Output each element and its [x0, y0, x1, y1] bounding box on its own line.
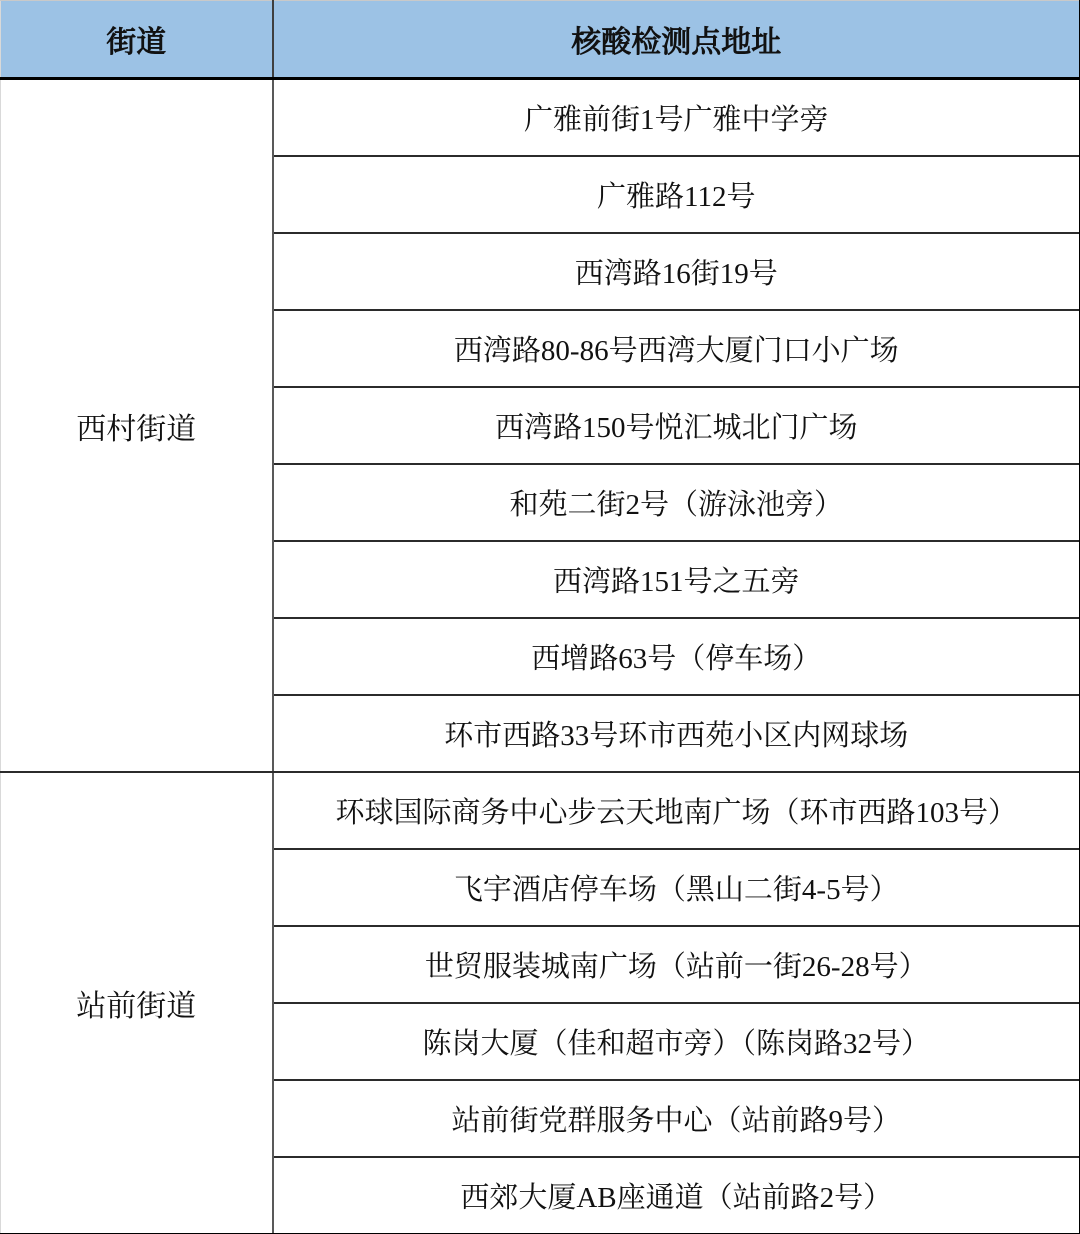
address-cell: 西湾路80-86号西湾大厦门口小广场 — [273, 310, 1080, 387]
street-group-label-xicun: 西村街道 — [1, 79, 273, 773]
street-group-label-zhanqian: 站前街道 — [1, 772, 273, 1234]
address-cell: 西增路63号（停车场） — [273, 618, 1080, 695]
address-cell: 站前街党群服务中心（站前路9号） — [273, 1080, 1080, 1157]
address-cell: 广雅前街1号广雅中学旁 — [273, 79, 1080, 157]
address-cell: 世贸服装城南广场（站前一街26-28号） — [273, 926, 1080, 1003]
address-cell: 环市西路33号环市西苑小区内网球场 — [273, 695, 1080, 772]
page: 街道 核酸检测点地址 西村街道 广雅前街1号广雅中学旁 广雅路112号 西湾路1… — [0, 0, 1080, 1234]
address-cell: 陈岗大厦（佳和超市旁）（陈岗路32号） — [273, 1003, 1080, 1080]
table-row: 西村街道 广雅前街1号广雅中学旁 — [1, 79, 1080, 157]
address-cell: 西湾路150号悦汇城北门广场 — [273, 387, 1080, 464]
address-cell: 西湾路151号之五旁 — [273, 541, 1080, 618]
testing-points-table: 街道 核酸检测点地址 西村街道 广雅前街1号广雅中学旁 广雅路112号 西湾路1… — [0, 0, 1080, 1234]
address-cell: 环球国际商务中心步云天地南广场（环市西路103号） — [273, 772, 1080, 849]
address-cell: 和苑二街2号（游泳池旁） — [273, 464, 1080, 541]
street-column-header: 街道 — [1, 1, 273, 79]
address-cell: 飞宇酒店停车场（黑山二街4-5号） — [273, 849, 1080, 926]
address-column-header: 核酸检测点地址 — [273, 1, 1080, 79]
table-row: 站前街道 环球国际商务中心步云天地南广场（环市西路103号） — [1, 772, 1080, 849]
header-row: 街道 核酸检测点地址 — [1, 1, 1080, 79]
address-cell: 西湾路16街19号 — [273, 233, 1080, 310]
address-cell: 广雅路112号 — [273, 156, 1080, 233]
address-cell: 西郊大厦AB座通道（站前路2号） — [273, 1157, 1080, 1234]
